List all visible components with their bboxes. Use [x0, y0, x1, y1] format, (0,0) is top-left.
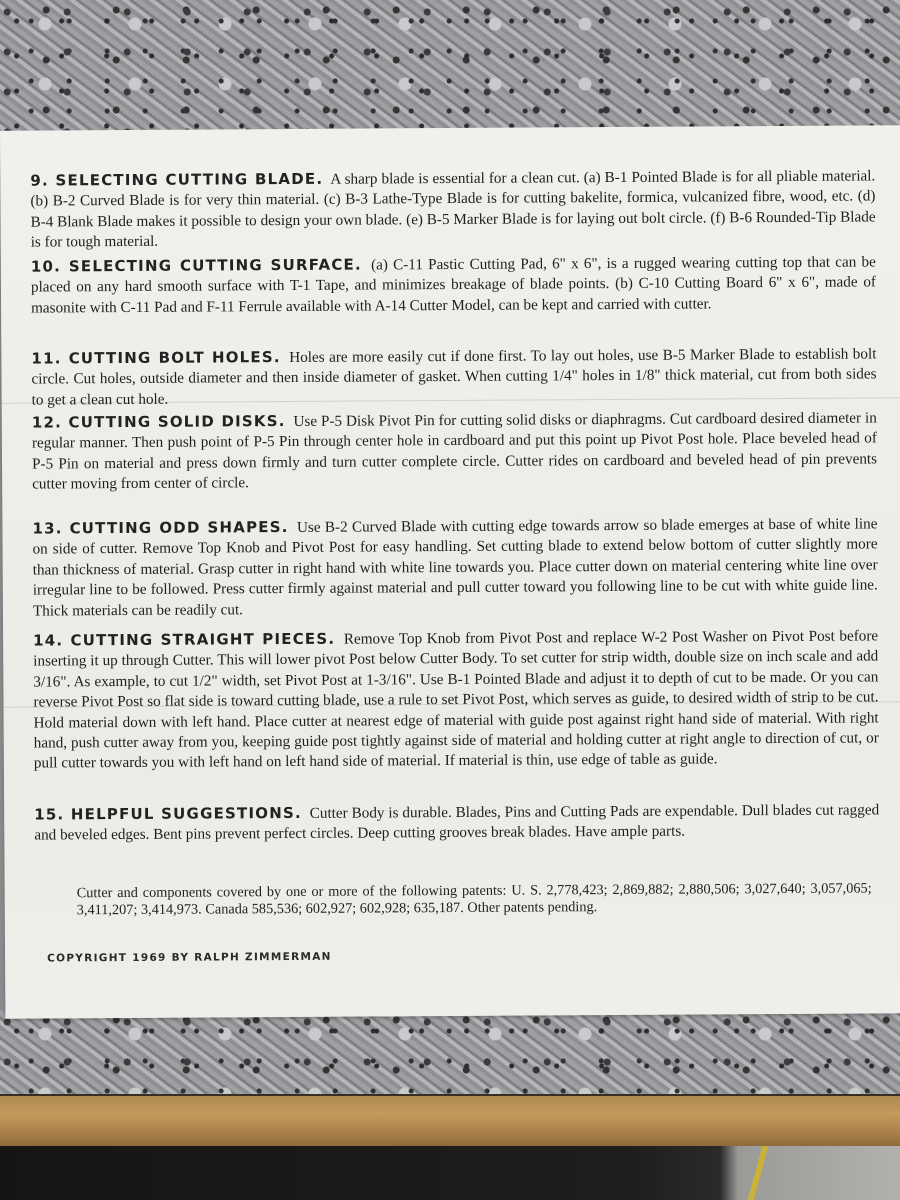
section-11-cutting-bolt-holes: 11. CUTTING BOLT HOLES. Holes are more e… — [31, 343, 876, 410]
section-heading: 14. CUTTING STRAIGHT PIECES. — [33, 630, 335, 650]
patent-notice: Cutter and components covered by one or … — [77, 880, 872, 919]
granite-countertop-bottom — [0, 1010, 900, 1096]
section-heading: 10. SELECTING CUTTING SURFACE. — [31, 256, 362, 276]
section-10-selecting-cutting-surface: 10. SELECTING CUTTING SURFACE. (a) C-11 … — [31, 251, 876, 318]
section-heading: 11. CUTTING BOLT HOLES. — [31, 348, 280, 368]
wooden-edge — [0, 1094, 900, 1148]
instruction-sheet: 9. SELECTING CUTTING BLADE. A sharp blad… — [0, 125, 900, 1018]
section-9-selecting-cutting-blade: 9. SELECTING CUTTING BLADE. A sharp blad… — [30, 165, 875, 253]
section-14-cutting-straight-pieces: 14. CUTTING STRAIGHT PIECES. Remove Top … — [33, 625, 879, 774]
section-heading: 15. HELPFUL SUGGESTIONS. — [34, 804, 302, 824]
section-body: Remove Top Knob from Pivot Post and repl… — [33, 627, 879, 772]
section-15-helpful-suggestions: 15. HELPFUL SUGGESTIONS. Cutter Body is … — [34, 799, 879, 846]
section-heading: 12. CUTTING SOLID DISKS. — [32, 412, 286, 432]
section-12-cutting-solid-disks: 12. CUTTING SOLID DISKS. Use P-5 Disk Pi… — [32, 407, 877, 495]
section-heading: 13. CUTTING ODD SHAPES. — [32, 518, 288, 538]
copyright-notice: COPYRIGHT 1969 BY RALPH ZIMMERMAN — [47, 951, 332, 965]
granite-countertop-top — [0, 0, 900, 140]
section-13-cutting-odd-shapes: 13. CUTTING ODD SHAPES. Use B-2 Curved B… — [32, 513, 878, 621]
section-heading: 9. SELECTING CUTTING BLADE. — [30, 170, 323, 190]
